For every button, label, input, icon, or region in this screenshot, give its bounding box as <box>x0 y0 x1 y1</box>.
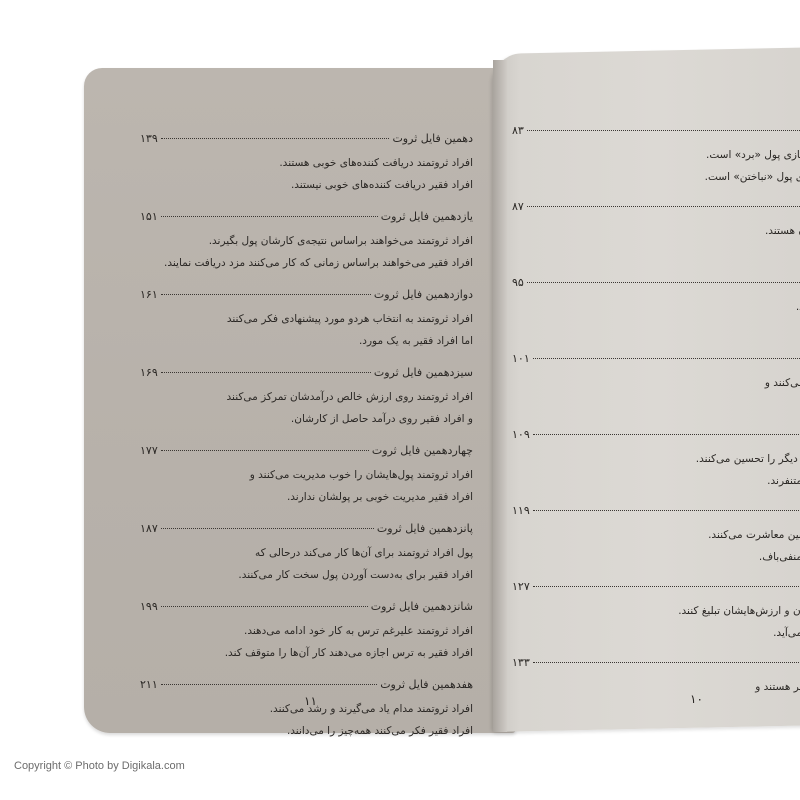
toc-entry-line: افراد ثروتمند می‌خواهند براساس نتیجه‌ی ک… <box>140 230 473 252</box>
toc-entry-line: افراد فقیر به ترس اجازه می‌دهند کار آن‌ه… <box>140 642 473 664</box>
toc-page-number: ۱۶۹ <box>140 366 158 379</box>
toc-page-number: ۹۵ <box>512 276 524 289</box>
left-page-number: ۱۱ <box>304 694 317 708</box>
toc-entry-line: افراد فقیر می‌خواهند براساس زمانی که کار… <box>140 252 473 274</box>
leader-dots <box>161 684 377 685</box>
toc-entry: ین فایل ثروت۸۳ افراد ثروتمند برای شرکت د… <box>512 124 800 188</box>
toc-entry: چهاردهمین فایل ثروت۱۷۷ افراد ثروتمند پول… <box>140 444 473 508</box>
toc-entry-title: دهمین فایل ثروت <box>392 132 473 145</box>
toc-entry-line: ثروتمند، افراد موفق و ثروتمند دیگر را تح… <box>512 448 800 470</box>
toc-entry-line: ثروتمند محکوم به ثروتمندشدن هستند. <box>512 220 800 242</box>
leader-dots <box>533 510 800 511</box>
toc-entry-line: افراد ثروتمند به انتخاب هردو مورد پیشنها… <box>140 308 473 330</box>
toc-entry-line: فقیر کوچک‌تر. <box>512 698 800 720</box>
leader-dots <box>161 606 368 607</box>
toc-entry-line: افراد ثروتمند برای شرکت در بازی پول «برد… <box>512 144 800 166</box>
right-page-number: ۱۰ <box>690 692 703 706</box>
book-gutter <box>493 60 507 732</box>
toc-entry-line: افراد فقیر دریافت کننده‌های خوبی نیستند. <box>140 174 473 196</box>
toc-entry-line: فقیر، فکرهای کوچک دارند. <box>512 318 800 340</box>
toc-entry-line: فقیر از تبلیغ کردن خوششان نمی‌آید. <box>512 622 800 644</box>
leader-dots <box>161 528 374 529</box>
toc-entry: ل ثروت۱۳۳ ثروتمند از مشکلات خود بزرگ‌تر … <box>512 656 800 720</box>
toc-entry-title: چهاردهمین فایل ثروت <box>372 444 473 457</box>
leader-dots <box>527 130 800 131</box>
toc-entry-line: ثروتمند از مشکلات خود بزرگ‌تر هستند و <box>512 676 800 698</box>
leader-dots <box>527 282 800 283</box>
copyright-watermark: Copyright © Photo by Digikala.com <box>14 760 185 772</box>
toc-entry: هفدهمین فایل ثروت۲۱۱ افراد ثروتمند مدام … <box>140 678 473 742</box>
toc-page-number: ۱۳۳ <box>512 656 530 669</box>
toc-page-number: ۸۳ <box>512 124 524 137</box>
toc-entry: یازدهمین فایل ثروت۱۵۱ افراد ثروتمند می‌خ… <box>140 210 473 274</box>
toc-entry-line: افراد فقیر برای به‌دست آوردن پول سخت کار… <box>140 564 473 586</box>
leader-dots <box>161 138 390 139</box>
toc-page-number: ۱۶۱ <box>140 288 158 301</box>
toc-entry-line: افراد ثروتمند علیرغم ترس به کار خود ادام… <box>140 620 473 642</box>
toc-entry-line: افراد فقیر مدیریت خوبی بر پولشان ندارند. <box>140 486 473 508</box>
toc-entry-line: ثروتمند با افراد موفق و خوش‌بین معاشرت م… <box>512 524 800 546</box>
toc-entry: سیزدهمین فایل ثروت۱۶۹ افراد ثروتمند روی … <box>140 366 473 430</box>
toc-page-number: ۱۳۹ <box>140 132 158 145</box>
toc-entry-title: سیزدهمین فایل ثروت <box>374 366 473 379</box>
toc-entry-title: یازدهمین فایل ثروت <box>381 210 473 223</box>
toc-page-number: ۱۱۹ <box>512 504 530 517</box>
toc-page-number: ۱۷۷ <box>140 444 158 457</box>
toc-entry: مین فایل ثروت۹۵ ثروتمند، فکرهای بزرگ می‌… <box>512 276 800 340</box>
toc-entry-title: شانزدهمین فایل ثروت <box>371 600 473 613</box>
leader-dots <box>161 372 371 373</box>
toc-entry-line: ثروتمند روی فرصت‌ها تمرکز می‌کنند و <box>512 372 800 394</box>
toc-entry: ین فایل ثروت۸۷ ثروتمند محکوم به ثروتمندش… <box>512 200 800 264</box>
left-table-of-contents: دهمین فایل ثروت۱۳۹ افراد ثروتمند دریافت … <box>140 132 473 756</box>
toc-entry-line: ثروتمند، فکرهای بزرگ می‌کنند. <box>512 296 800 318</box>
toc-entry-line: و افراد فقیر روی درآمد حاصل از کارشان. <box>140 408 473 430</box>
leader-dots <box>533 358 800 359</box>
leader-dots <box>161 450 369 451</box>
toc-entry-line: افراد ثروتمند روی ارزش خالص درآمدشان تمر… <box>140 386 473 408</box>
toc-page-number: ۱۲۷ <box>512 580 530 593</box>
toc-entry-line: اما افراد فقیر به یک مورد. <box>140 330 473 352</box>
right-table-of-contents: ین فایل ثروت۸۳ افراد ثروتمند برای شرکت د… <box>512 124 800 732</box>
leader-dots <box>161 216 378 217</box>
toc-entry: ن فایل ثروت۱۱۹ ثروتمند با افراد موفق و خ… <box>512 504 800 568</box>
toc-entry-line: فقیر با افراد شکست‌خورده و منفی‌باف. <box>512 546 800 568</box>
toc-entry-line: فقیر از افراد موفق و ثروتمند متنفرند. <box>512 470 800 492</box>
toc-entry: دوازدهمین فایل ثروت۱۶۱ افراد ثروتمند به … <box>140 288 473 352</box>
toc-page-number: ۱۹۹ <box>140 600 158 613</box>
toc-entry-line: فقیر روی موانع. <box>512 394 800 416</box>
toc-page-number: ۱۰۹ <box>512 428 530 441</box>
toc-entry-line: پول افراد ثروتمند برای آن‌ها کار می‌کند … <box>140 542 473 564</box>
toc-entry: دهمین فایل ثروت۱۳۹ افراد ثروتمند دریافت … <box>140 132 473 196</box>
toc-entry: مین فایل ثروت۱۰۱ ثروتمند روی فرصت‌ها تمر… <box>512 352 800 416</box>
toc-entry-title: هفدهمین فایل ثروت <box>380 678 473 691</box>
leader-dots <box>527 206 800 207</box>
toc-page-number: ۱۵۱ <box>140 210 158 223</box>
toc-entry-line: ثروتمند دوست دارند از خودشان و ارزش‌هایش… <box>512 600 800 622</box>
toc-entry-line: افراد فقیر برای شرکت در بازی پول «نباختن… <box>512 166 800 188</box>
toc-entry: پانزدهمین فایل ثروت۱۸۷ پول افراد ثروتمند… <box>140 522 473 586</box>
toc-entry-title: پانزدهمین فایل ثروت <box>377 522 473 535</box>
leader-dots <box>161 294 371 295</box>
leader-dots <box>533 662 800 663</box>
toc-entry-line: افراد ثروتمند پول‌هایشان را خوب مدیریت م… <box>140 464 473 486</box>
leader-dots <box>533 586 800 587</box>
toc-entry: ن فایل ثروت۱۰۹ ثروتمند، افراد موفق و ثرو… <box>512 428 800 492</box>
leader-dots <box>533 434 800 435</box>
toc-entry: ن فایل ثروت۱۲۷ ثروتمند دوست دارند از خود… <box>512 580 800 644</box>
toc-page-number: ۱۸۷ <box>140 522 158 535</box>
toc-entry-line: افراد فقیر فکر می‌کنند همه‌چیز را می‌دان… <box>140 720 473 742</box>
toc-page-number: ۸۷ <box>512 200 524 213</box>
toc-entry-line: افراد ثروتمند دریافت کننده‌های خوبی هستن… <box>140 152 473 174</box>
toc-entry: شانزدهمین فایل ثروت۱۹۹ افراد ثروتمند علی… <box>140 600 473 664</box>
toc-page-number: ۱۰۱ <box>512 352 530 365</box>
toc-entry-line: فقیر می‌خواهند ثروتمند شوند. <box>512 242 800 264</box>
toc-page-number: ۲۱۱ <box>140 678 158 691</box>
toc-entry-title: دوازدهمین فایل ثروت <box>374 288 473 301</box>
